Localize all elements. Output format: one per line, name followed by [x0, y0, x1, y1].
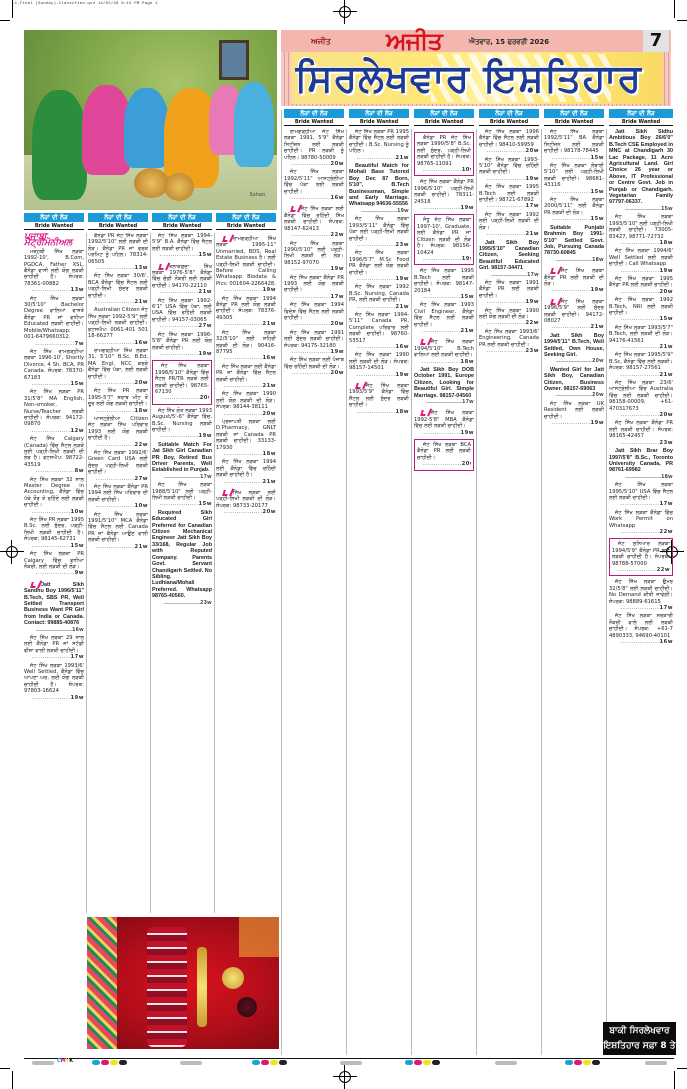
- classified-ad: ਜੱਟ ਸਿੱਖ ਲੜਕਾ 1993 Civil Engineer, ਕੈਨੇਡ…: [414, 302, 474, 334]
- registration-mark-icon: [333, 1065, 357, 1089]
- column-header: ਲੋੜਾਂ ਦੀ ਲੋੜBride Wanted: [414, 109, 474, 127]
- ad-column-r2: ਜੱਟ ਸਿੱਖ ਲੜਕਾ PR 1995 ਕੈਨੇਡਾ ਵਿੱਚ ਸੈਟਲ ਲ…: [349, 129, 409, 1055]
- classified-ad: ਜੱਟ ਸਿੱਖ ਲੜਕਾ 2000/5'11" ਲਈ ਕੈਨੇਡਾ PR ਲੜ…: [544, 197, 604, 223]
- classified-ad: ਜੱਟ ਸਿੱਖ ਲੜਕਾ 1996 ਕੈਨੇਡਾ ਵਿੱਚ ਸੈਟਲ ਲਈ ਲ…: [479, 129, 539, 155]
- classified-ad: ਜੱਟ ਸਿੱਖ ਲੜਕਾ 1996/5'9" ਲਈ ਸੁੰਦਰ ਲੜਕੀ ਚਾ…: [544, 296, 604, 331]
- cmyk-color-bar: [565, 1060, 600, 1067]
- classified-ad: ਜੱਟ ਸਿੱਖ ਲੜਕਾ 1996-5'8" ਕੈਨੇਡਾ PR ਲਈ ਯੋਗ…: [152, 332, 212, 358]
- checkmark-icon: [222, 233, 232, 241]
- page-number: 7: [643, 30, 669, 52]
- classified-ad: Jatt Sikh Sidhu Ambitious Boy 26/6'0" B.…: [609, 129, 673, 212]
- classified-ad: Jatt Sikh Brar Boy 1997/5'8" B.Sc., Toro…: [609, 448, 673, 480]
- classified-ad-boxed: ਜੱਟ ਸੁਨਿਆਰ ਲੜਕਾ 1994/5'9" ਕੈਨੇਡਾ PR ਲਈ ਲ…: [609, 538, 673, 576]
- ad-column-r3: ਕੈਨੇਡਾ PR ਜੱਟ ਸਿੱਖ ਲੜਕਾ 1990/5'8" B.Sc. …: [414, 129, 474, 1055]
- classified-ad: ਜੱਟ ਸਿੱਖ ਲੜਕਾ 1994 ਕੈਨੇਡਾ PR ਲਈ ਯੋਗ ਲੜਕੀ…: [216, 296, 276, 328]
- color-bar-grey: [495, 1061, 517, 1065]
- registration-mark-icon: [333, 0, 357, 24]
- classified-ad: ਜੱਟ ਸਿੱਖ ਲੜਕਾ 1992/6' Green Card USA ਲਈ …: [88, 450, 148, 482]
- color-bar-grey: [180, 1061, 202, 1065]
- classified-ad: ਜੱਟ ਸਿੱਖ ਲੜਕਾ 1994/6' Well Settled ਲਈ ਲੜ…: [609, 248, 673, 274]
- classified-ad: ਜੱਟ ਸਿੱਖ ਲੜਕਾ ਕੈਨੇਡਾ ਵਿੱਚ Work Permit on…: [609, 510, 673, 536]
- classified-ad: ਜੱਟ ਸਿੱਖ ਲੜਕਾ 1992 B.Sc. Nursing, Canada…: [349, 284, 409, 310]
- ad-column-r4: ਜੱਟ ਸਿੱਖ ਲੜਕਾ 1996 ਕੈਨੇਡਾ ਵਿੱਚ ਸੈਟਲ ਲਈ ਲ…: [479, 129, 539, 1055]
- classified-ad: ਜੱਟ ਸਿੱਖ ਲੜਕਾ ਲਈ ਕੈਨੇਡਾ ਵਿੱਚ ਰਹਿੰਦੀ ਸਿੱਖ…: [284, 203, 344, 238]
- column-header: ਲੋੜਾਂ ਦੀ ਲੋੜBride Wanted: [479, 109, 539, 127]
- classified-ad: ਜੱਟ ਸਿੱਖ ਲੜਕਾ 1992-6'1" USA ਵਿੱਚ ਪੱਕਾ, ਲ…: [152, 298, 212, 330]
- classified-ad: ਸਿੱਖ ਲੜਕਾ ਲਈ ਪੜ੍ਹੀ-ਲਿਖੀ ਲੜਕੀ ਦੀ ਲੋੜ। ਸੰਪ…: [216, 487, 276, 516]
- photo-corner: [239, 917, 279, 957]
- classified-ad: ਜੱਟ ਸਿੱਖ ਲੜਕਾ 1994 ਵਿਦੇਸ਼ ਵਿੱਚ ਸੈਟਲ ਲਈ ਲ…: [284, 302, 344, 328]
- checkmark-icon: [550, 296, 560, 304]
- classified-ad: ਜੱਟ ਸਿੱਖ ਲੜਕਾ ਲਈ ਕੈਨੇਡਾ PR ਜਾਂ ਕੈਨੇਡਾ ਵਿ…: [216, 364, 276, 390]
- checkmark-icon: [550, 265, 560, 273]
- classified-ad: ਜੱਟ ਸਿੱਖ ਲੜਕਾ 1992 B.Tech, NRI ਲਈ ਲੜਕੀ ਚ…: [609, 297, 673, 323]
- classified-ad: ਜੱਟ ਸਿੱਖ ਲੜਕਾ 1993/6' Engineering, Canad…: [479, 329, 539, 355]
- checkmark-icon: [290, 203, 300, 211]
- column-divider: [150, 233, 151, 913]
- cmyk-color-bar: [252, 1060, 287, 1067]
- classified-ad: Required Sikh Educated Girl Preferred fo…: [152, 510, 212, 606]
- painting-window: [219, 40, 249, 80]
- classified-ad: ਜੱਟ ਸਿੱਖ ਲੜਕਾ 1991 ਲਈ ਸੁੰਦਰ ਲੜਕੀ ਚਾਹੀਦੀ।…: [284, 330, 344, 356]
- classified-ad: ਜੱਟ ਸਿੱਖ ਲੜਕਾ PR 1995 ਕੈਨੇਡਾ ਵਿੱਚ ਸੈਟਲ ਲ…: [349, 129, 409, 161]
- footer-rule: [24, 1058, 674, 1059]
- classified-ad: ਜੱਟ ਸਿੱਖ ਲੜਕਾ PR 31/5'8" MA English, Non…: [24, 389, 84, 434]
- classified-ad: ਪ੍ਰਜਾਪਤੀ ਲੜਕਾ ਲਈ D.Pharmacy, GNLT ਲੜਕੀ ਜ…: [216, 419, 276, 457]
- ad-column-l4: ਰਾਮਗੜ੍ਹੀਆ ਸਿੱਖ ਲੜਕਾ 1995-11" Unmarried, …: [216, 233, 276, 915]
- color-bar-grey: [32, 1061, 54, 1065]
- classified-ad: ਜੱਟ ਸਿੱਖ ਲੜਕਾ 23/6' ਆਸਟ੍ਰੇਲੀਆ ਵਿੱਚ Austr…: [609, 380, 673, 418]
- classified-ad: ਰਾਮਗੜ੍ਹੀਆ ਜੱਟ ਸਿੱਖ ਲੜਕਾ 1991, 5'9" ਕੈਨੇਡ…: [284, 129, 344, 167]
- column-divider: [476, 129, 477, 1055]
- classified-ad: ਜੱਟ ਸਿੱਖ ਲੜਕਾ 1993/5'7" B.Tech, ਲਈ ਲੜਕੀ …: [609, 325, 673, 351]
- classified-ad: ਜੱਟ ਸਿੱਖ ਲੜਕਾ 1992-5'8" MBA ਕੈਨੇਡਾ ਵਿੱਚ …: [414, 407, 474, 436]
- classified-ad: ਜੱਟ ਸਿੱਖ ਲੜਕਾ 30/6', BCA ਕੈਨੇਡਾ ਵਿੱਚ ਸੈਟ…: [88, 273, 148, 305]
- classified-ad: ਜੱਟ ਸਿੱਖ ਲੜਕਾ 1990 ਲਈ ਯੋਗ ਲੜਕੀ ਦੀ ਲੋੜ। ਸ…: [216, 391, 276, 417]
- column-divider: [214, 233, 215, 913]
- column-divider: [346, 129, 347, 1055]
- column-divider: [86, 233, 87, 913]
- classified-ad: Suitable Punjabi Brahmin Boy 1991-5'10" …: [544, 225, 604, 263]
- ad-column-l2: ਕੈਨੇਡਾ PR ਜੱਟ ਸਿੱਖ ਲੜਕਾ 1992/5'10" ਲਈ ਲੜ…: [88, 233, 148, 915]
- ad-column-r6: Jatt Sikh Sidhu Ambitious Boy 26/6'0" B.…: [609, 129, 673, 1019]
- classified-ad: ਜੱਟ ਸਿੱਖ ਲੜਕਾ 1994-5'11" Canada PR, Comp…: [349, 312, 409, 350]
- classified-ad: ਜੱਟ ਸਿੱਖ ਲੜਕਾ 1995 B.Tech ਲਈ ਲੜਕੀ ਚਾਹੀਦੀ…: [414, 268, 474, 300]
- classified-ad: Jatt Sikh Sandhu Boy 1996/5'11" B.Tech, …: [24, 579, 84, 633]
- classified-ad: ਜੱਟ ਸਿੱਖ ਲੜਕਾ 1993/6' Well Settled, ਕੈਨੇ…: [24, 663, 84, 701]
- painting-signature: Sohan: [249, 192, 265, 198]
- classified-ad: ਰਾਮਗੜ੍ਹੀਆ ਸਿੱਖ ਲੜਕਾ 1995-11" Unmarried, …: [216, 233, 276, 294]
- classified-ad: ਜੱਟ ਸਿੱਖ ਲੜਕਾ 1991 ਕੈਨੇਡਾ PR ਲਈ ਲੜਕੀ ਚਾਹ…: [479, 280, 539, 306]
- promo-line-1: ਬਾਕੀ ਸਿਰਲੇਖਵਾਰ: [603, 1024, 676, 1039]
- classified-ad: ਜੱਟ ਸਿੱਖ ਲੜਕਾ 1990/5'10" ਲਈ ਪੜ੍ਹੀ-ਲਿਖੀ ਲ…: [284, 241, 344, 273]
- painting-basket: [164, 173, 194, 201]
- photo-bridal-bangles: [87, 917, 279, 1049]
- classified-ad: ਜੱਟ ਸਿੱਖ ਲੜਕਾ 1991/5'10" MCA ਕੈਨੇਡਾ ਵਿੱਚ…: [88, 512, 148, 550]
- trim-mark: [0, 20, 10, 21]
- checkmark-icon: [158, 261, 168, 269]
- classified-ad: ਆਸਟ੍ਰੇਲੀਆ Citizen ਜੱਟ ਲੜਕਾ ਸਿੱਖ ਪਰਿਵਾਰ 1…: [88, 416, 148, 448]
- classified-ad: Jatt Sikh Boy 1995/5'10" Canadian Citize…: [479, 240, 539, 278]
- checkmark-icon: [30, 579, 40, 587]
- cmyk-label: CMYK: [57, 1058, 73, 1064]
- classified-ad: ਜੱਟ ਸਿੱਖ ਲੜਕਾ 1992/5'11" ਆਸਟ੍ਰੇਲੀਆ ਵਿੱਚ …: [284, 169, 344, 201]
- trim-mark: [0, 1068, 10, 1069]
- classified-ad: ਜੱਟ ਸਿੱਖ ਲੜਕਾ 30/5'10" Bachelor Degree ਵ…: [24, 296, 84, 347]
- classified-ad: ਜੱਟ ਸਿੱਖ ਲੜਕਾ 1995/5'10" USA ਵਿੱਚ ਸੈਟਲ ਲ…: [609, 482, 673, 508]
- painting-figure-green: [32, 90, 87, 200]
- trim-mark: [677, 20, 687, 21]
- registration-mark-icon: [0, 540, 24, 564]
- classified-ad: ਜੱਟ ਸਿੱਖ ਲੜਕਾ 1993-5'10" ਕੈਨੇਡਾ ਵਿੱਚ ਰਹਿ…: [479, 157, 539, 183]
- classified-ad: ਜੱਟ ਸਿੱਖ ਲੜਕਾ ਕੈਨੇਡਾ PR 1993 ਲਈ ਯੋਗ ਲੜਕੀ…: [284, 275, 344, 301]
- classified-ad: Jatt Sikh Boy 1994/5'11" B.Tech, Well Se…: [544, 333, 604, 365]
- classified-ad-boxed: ਜੱਟ ਸਿੱਖ ਲੜਕਾ BCA ਕੈਨੇਡਾ PR ਲਈ ਲੜਕੀ ਚਾਹੀ…: [414, 439, 474, 471]
- promo-line-2: ਇਸ਼ਤਿਹਾਰ ਸਫ਼ਾ 8 ਤੇ: [603, 1039, 676, 1054]
- classified-ad: ਜੱਟ ਸਿੱਖ ਲੜਕਾ ਲਈ ਪੰਜਾਬ ਵਿੱਚ ਰਹਿੰਦੀ ਲੜਕੀ …: [284, 357, 344, 376]
- classified-ad: ਜੱਟ ਸਿੱਖ PR ਲੜਕਾ 1995 B.Sc. ਲਈ ਸੁੰਦਰ, ਪੜ…: [24, 517, 84, 549]
- classified-ad: Beautiful Match for Mohali Base Tutored …: [349, 163, 409, 214]
- classified-ad: Australian Citizen ਜੱਟ ਸਿੱਖ ਲੜਕਾ 1992-5'…: [88, 307, 148, 345]
- trim-mark: [677, 1068, 687, 1069]
- ad-column-l3: ਜੱਟ ਸਿੱਖ ਲੜਕਾ 1994-5'9" B.A. ਕੈਨੇਡਾ ਵਿੱਚ…: [152, 233, 212, 915]
- continued-on-page-box: ਬਾਕੀ ਸਿਰਲੇਖਵਾਰ ਇਸ਼ਤਿਹਾਰ ਸਫ਼ਾ 8 ਤੇ: [603, 1022, 676, 1055]
- checkmark-icon: [420, 407, 430, 415]
- print-slug-line: L1-Final (Sunday)-Classified.qxd 14/02/2…: [12, 2, 158, 6]
- classified-ad: ਜੱਟ ਸਿੱਖ ਲੜਕਾ 1994-5'9" B.A. ਕੈਨੇਡਾ ਵਿੱਚ…: [152, 233, 212, 259]
- photo-kaleera: [197, 947, 207, 1027]
- classified-ad: ਜੱਟ ਸਿੱਖ ਗੋਤ ਲੜਕਾ 1993 August/5'-6" ਕੈਨੇ…: [152, 408, 212, 440]
- classified-ad: ਤਲਾਕਸ਼ੁਦਾ ਸਿੱਖ ਲੜਕਾ 1976-5'8" ਕੈਨੇਡਾ ਵਿੱ…: [152, 261, 212, 296]
- classified-ad: ਜੱਟ ਸਿੱਖ ਲੜਕਾ 1996/5'7" M.Sc Food PR ਕੈਨ…: [349, 250, 409, 282]
- color-bar-grey: [645, 1061, 667, 1065]
- classified-ad-boxed: ਕੈਨੇਡਾ PR ਜੱਟ ਸਿੱਖ ਲੜਕਾ 1990/5'8" B.Sc. …: [414, 132, 474, 176]
- column-header: ਲੋੜਾਂ ਦੀ ਲੋੜBride Wanted: [284, 109, 344, 127]
- classified-ad: ਜੱਟ ਸਿੱਖ ਲੜਕਾ 1994 ਲਈ ਕੈਨੇਡਾ ਵਿੱਚ ਰਹਿੰਦੀ…: [216, 459, 276, 485]
- classified-ad: ਜੱਟ ਸਿੱਖ ਲੜਕਾ 1988/5'10" ਲਈ ਪੜ੍ਹੀ-ਲਿਖੀ ਲ…: [152, 482, 212, 508]
- trim-mark: [12, 0, 13, 18]
- cmyk-color-bar: [92, 1060, 127, 1067]
- column-header: ਲੋੜਾਂ ਦੀ ਲੋੜBride Wanted: [349, 109, 409, 127]
- checkmark-icon: [222, 487, 232, 495]
- classified-ad: ਜੱਟ ਸਿੱਖ ਲੜਕਾ 1990 ਲਈ ਲੜਕੀ ਦੀ ਲੋੜ। ਸੰਪਰਕ…: [349, 352, 409, 378]
- masthead: ਅਜੀਤ ਅਜੀਤ ਐਤਵਾਰ, 15 ਫਰਵਰੀ 2026 7 ਸਿਰਲੇਖਵ…: [281, 30, 671, 106]
- classified-ad: ਜੱਟ ਸਿੱਖ ਲੜਕਾ PR Calgary ਵਿੱਚ ਵਧੀਆ ਨੌਕਰੀ…: [24, 551, 84, 577]
- newspaper-logo: ਅਜੀਤ: [386, 26, 442, 55]
- classified-ad: ਜੱਟ ਸਿੱਖ ਰਾਮਗੜ੍ਹੀਆ ਲੜਕਾ 1996-10', Shortl…: [24, 349, 84, 387]
- classified-ad: ਜੱਟ ਸਿੱਖ ਲੜਕਾ 1995 ਕੈਨੇਡਾ PR ਲਈ ਲੜਕੀ ਚਾਹ…: [609, 276, 673, 295]
- classified-ad: ਜੱਟ ਸਿੱਖ ਲੜਕਾ 1992/5'11" BA ਕੈਨੇਡਾ ਸਿਟੀਜ…: [544, 129, 604, 161]
- classified-ad: ਜੱਟ ਸਿੱਖ ਲੜਕਾ ਕੈਨੇਡਾ PR 1994 ਲਈ ਸਿੱਖ ਪਰਿ…: [88, 484, 148, 510]
- trim-mark: [674, 0, 675, 18]
- classified-ad: ਜੱਟ ਸਿੱਖ ਲੜਕਾ 1995 B.Tech ਲਈ ਲੜਕੀ ਚਾਹੀਦੀ…: [479, 184, 539, 210]
- classified-ad: ਜੱਟ ਸਿੱਖ ਲੜਕਾ 1993/5'10" ਲਈ ਪੜ੍ਹੀ-ਲਿਖੀ ਲ…: [609, 214, 673, 246]
- publication-date: ਐਤਵਾਰ, 15 ਫਰਵਰੀ 2026: [469, 38, 549, 47]
- ad-column-r1: ਰਾਮਗੜ੍ਹੀਆ ਜੱਟ ਸਿੱਖ ਲੜਕਾ 1991, 5'9" ਕੈਨੇਡ…: [284, 129, 344, 1055]
- classified-ad: Jatt Sikh Boy DOB October 1991, Europe C…: [414, 367, 474, 405]
- classified-ad: ਜੱਟ ਸਿੱਖ ਲੜਕਾ 1990 ਲਈ ਯੋਗ ਲੜਕੀ ਦੀ ਲੋੜ।..…: [479, 308, 539, 327]
- trim-mark: [674, 1071, 675, 1089]
- column-header: ਲੋੜਾਂ ਦੀ ਲੋੜBride Wanted: [88, 213, 148, 231]
- classified-ad: ਜੱਟ ਸਿੱਖ ਲੜਕਾ ਸਰਕਾਰੀ ਨੌਕਰੀ ਵਾਲੇ ਲਈ ਲੜਕੀ …: [609, 613, 673, 645]
- ad-column-r5: ਜੱਟ ਸਿੱਖ ਲੜਕਾ 1992/5'11" BA ਕੈਨੇਡਾ ਸਿਟੀਜ…: [544, 129, 604, 1055]
- classified-ad: ਜੱਟ ਸਿੱਖ PR ਲੜਕਾ 1995-5'7" ਸ਼ਰਾਬ ਮੀਟ ਤੋਂ…: [88, 388, 148, 414]
- column-divider: [541, 129, 542, 1055]
- classified-ad: ਜੱਟ ਸਿੱਖ ਲੜਕਾ ਕੈਨੇਡਾ PR ਲਈ ਲੜਕੀ ਦੀ ਲੋੜ।.…: [544, 265, 604, 294]
- classified-ad: ਜੱਟ ਸਿੱਖ ਲੜਕਾ 32/5'10" ਲਈ ਸ਼ਹਿਰੀ ਲੜਕੀ ਦੀ…: [216, 330, 276, 362]
- classified-ad: ਜੱਟ ਸਿੱਖ ਲੜਕਾ 1993/5'9" ਕੈਨੇਡਾ ਵਿੱਚ ਸੈਟਲ…: [349, 380, 409, 415]
- painting-figure-blue: [124, 88, 169, 168]
- column-divider: [606, 129, 607, 1055]
- classified-ad-boxed: ਸੰਧੂ ਜੱਟ ਸਿੱਖ ਲੜਕਾ 1997-10', Graduate, ਲ…: [414, 214, 474, 265]
- photo-jewelry: [237, 997, 257, 1017]
- painting-women-gathering: Sohan: [24, 30, 277, 210]
- cmyk-color-bar: [405, 1060, 440, 1067]
- checkmark-icon: [420, 336, 430, 344]
- photo-phulkari-cloth: [87, 917, 117, 1049]
- column-header: ਲੋੜਾਂ ਦੀ ਲੋੜBride Wanted: [216, 213, 276, 231]
- classified-ad: ਜੱਟ ਸਿੱਖ ਲੜਕਾ 1995/5'9" B.Sc, ਕੈਨੇਡਾ ਵਿੱ…: [609, 352, 673, 378]
- classified-ad: ਜੱਟ ਸਿੱਖ ਲੜਕਾ 1994/5'10" B.Tech ਵਾਲਿਆਂ ਲ…: [414, 336, 474, 365]
- column-header: ਲੋੜਾਂ ਦੀ ਲੋੜBride Wanted: [544, 109, 604, 127]
- classified-ad: ਜੱਟ ਸਿੱਖ ਲੜਕਾ ਲੰਬਾਈ 5'10" ਲਈ ਪੜ੍ਹੀ-ਲਿਖੀ …: [544, 163, 604, 195]
- classified-ad: ਜੱਟ ਸਿੱਖ Calgary (Canada) ਵਿੱਚ ਸੈਟਲ ਲੜਕੇ…: [24, 436, 84, 474]
- section-title: ਸਿਰਲੇਖਵਾਰ ਇਸ਼ਤਿਹਾਰ: [295, 52, 665, 104]
- classified-ad-boxed: ਜੱਟ ਸਿੱਖ ਲੜਕਾ 1998/5'10" ਕੈਨੇਡਾ ਵਿੱਚ ਸੈਟ…: [152, 360, 212, 404]
- classified-ad: Wanted Girl for Jatt Sikh Boy, Canadian …: [544, 367, 604, 399]
- classified-ad: ਕੈਨੇਡਾ PR ਜੱਟ ਸਿੱਖ ਲੜਕਾ 1992/5'10" ਲਈ ਲੜ…: [88, 233, 148, 271]
- classified-ad: ਜੱਟ ਸਿੱਖ ਲੜਕਾ 32 ਸਾਲ Master Degree in Ac…: [24, 477, 84, 515]
- classified-ad: ਜੱਟ ਸਿੱਖ ਲੜਕਾ ਕੈਨੇਡਾ PR ਲਈ ਲੜਕੀ ਚਾਹੀਦੀ। …: [609, 420, 673, 446]
- classified-ad: ਜੱਟ ਸਿੱਖ ਲੜਕਾ 29 ਸਾਲ ਲਈ ਕੈਨੇਡਾ PR ਜਾਂ ਸਟ…: [24, 635, 84, 661]
- column-header: ਲੋੜਾਂ ਦੀ ਲੋੜBride Wanted: [609, 109, 673, 127]
- ad-column-l1: ਪੰਜਾਬੀ ਮੈਟ੍ਰੀਮੋਨੀਅਲ ਮਜ਼੍ਹਬੀ ਸਿੱਖ ਲੜਕਾ 19…: [24, 233, 84, 1055]
- classified-ad: ਮਜ਼੍ਹਬੀ ਸਿੱਖ ਲੜਕਾ 1992-10', B.Com, PGDCA…: [24, 249, 84, 294]
- photo-jewelry: [222, 967, 244, 989]
- painting-figure-turquoise: [234, 82, 274, 167]
- column-divider: [281, 110, 282, 1055]
- matrimonial-logo: ਪੰਜਾਬੀ ਮੈਟ੍ਰੀਮੋਨੀਅਲ: [24, 234, 84, 247]
- photo-bangle-stack: [147, 927, 187, 1047]
- column-header: ਲੋੜਾਂ ਦੀ ਲੋੜBride Wanted: [152, 213, 212, 231]
- classified-ad: ਜੱਟ ਸਿੱਖ ਲੜਕਾ 1992 ਲਈ ਪੜ੍ਹੀ-ਲਿਖੀ ਲੜਕੀ ਦੀ…: [479, 212, 539, 238]
- classified-ad: ਜੱਟ ਸਿੱਖ ਲੜਕਾ ਕੈਨੇਡਾ PR 1996/5'10" ਪੜ੍ਹੀ…: [414, 179, 474, 211]
- classified-ad: ਜੱਟ ਸਿੱਖ ਲੜਕਾ UK Resident ਲਈ ਲੜਕੀ ਚਾਹੀਦੀ…: [544, 401, 604, 427]
- masthead-small-label: ਅਜੀਤ: [311, 37, 331, 47]
- column-header: ਲੋੜਾਂ ਦੀ ਲੋੜBride Wanted: [24, 213, 84, 231]
- classified-ad: Suitable Match For Jat Sikh Girl Canadia…: [152, 442, 212, 480]
- classified-ad: ਰਾਮਗੜ੍ਹੀਆ ਸਿੱਖ ਲੜਕਾ 31, 5'10" B.Sc, B.Ed…: [88, 348, 148, 386]
- checkmark-icon: [355, 380, 365, 388]
- trim-mark: [12, 1071, 13, 1089]
- column-divider: [411, 129, 412, 1055]
- classified-ad: ਜੱਟ ਸਿੱਖ ਲੜਕਾ ਉਮਰ 32/5'8" ਲਈ ਲੜਕੀ ਚਾਹੀਦੀ…: [609, 579, 673, 611]
- classified-ad: ਜੱਟ ਸਿੱਖ ਲੜਕਾ 1993/5'11" ਕੈਨੇਡਾ ਵਿੱਚ ਪੱਕ…: [349, 216, 409, 248]
- color-bar-grey: [340, 1061, 362, 1065]
